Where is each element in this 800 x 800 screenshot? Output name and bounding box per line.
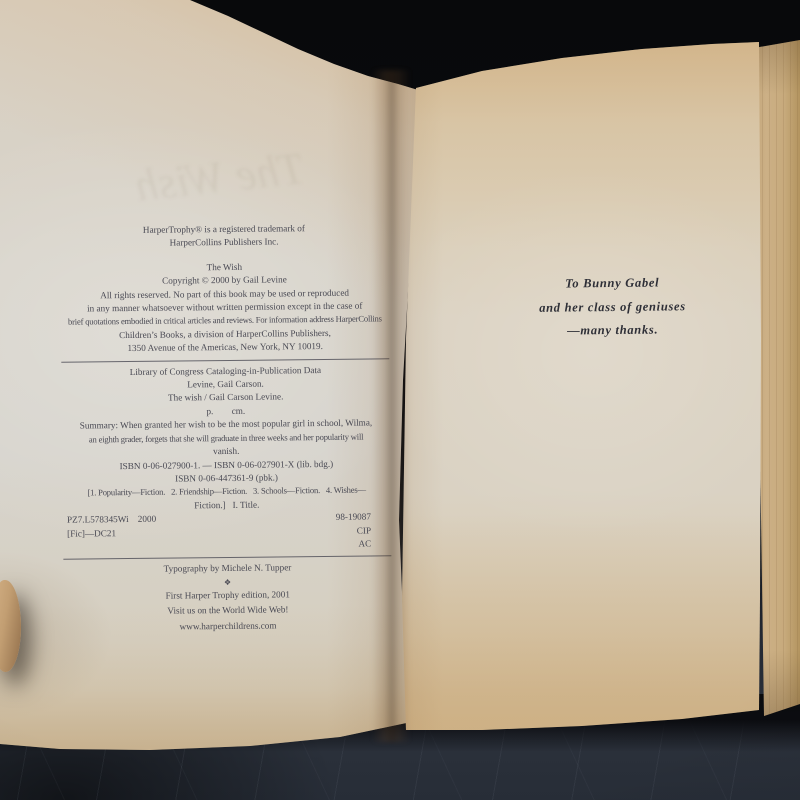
- dewey-line: [Fic]—DC21: [67, 527, 116, 541]
- call-number: PZ7.L578345Wi 2000: [67, 513, 156, 527]
- dedication-line: —many thanks.: [505, 318, 720, 344]
- divider-rule: [62, 358, 389, 362]
- right-page-dedication: To Bunny Gabel and her class of geniuses…: [382, 38, 764, 738]
- cip-label: CIP: [357, 524, 371, 538]
- dedication-line: To Bunny Gabel: [505, 271, 720, 297]
- website-url: www.harperchildrens.com: [42, 618, 414, 635]
- photo-scene: The Wish HarperTrophy® is a registered t…: [0, 0, 800, 800]
- left-page-copyright: The Wish HarperTrophy® is a registered t…: [0, 0, 430, 756]
- dedication-line: and her class of geniuses: [505, 294, 720, 320]
- copyright-text-block: HarperTrophy® is a registered trademark …: [38, 221, 414, 635]
- trademark-line: HarperCollins Publishers Inc.: [38, 234, 410, 251]
- rights-line: 1350 Avenue of the Americas, New York, N…: [39, 339, 411, 356]
- edition-line: First Harper Trophy edition, 2001: [42, 587, 414, 604]
- dedication-block: To Bunny Gabel and her class of geniuses…: [505, 271, 721, 344]
- divider-rule: [64, 556, 391, 560]
- lccn-number: 98-19087: [336, 511, 371, 525]
- show-through-text: The Wish: [78, 136, 362, 218]
- web-cta-line: Visit us on the World Wide Web!: [42, 602, 414, 619]
- gutter-shadow: [372, 70, 410, 742]
- ac-label: AC: [358, 537, 371, 551]
